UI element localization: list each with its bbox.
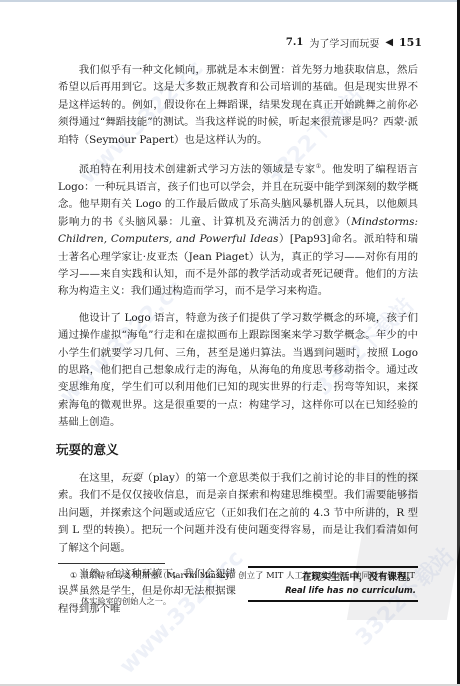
footnote-mark: ①: [70, 570, 78, 580]
paragraph-text: 在这里，: [79, 472, 121, 484]
left-triangle-icon: ◀: [385, 37, 393, 48]
paragraph: 我们似乎有一种文化倾向，那就是本末倒置：首先努力地获取信息，然后希望以后再用到它…: [58, 62, 418, 149]
section-number: 7.1: [286, 37, 303, 48]
running-header: 7.1 为了学习而玩耍 ◀ 151: [286, 35, 422, 50]
paragraph-text: （play）的第一个意思类似于我们之前讨论的非目的性的探索。我们不是仅仅接收信息…: [58, 472, 418, 554]
paragraph-text: 派珀特在利用技术创建新式学习方法的领域是专家: [79, 164, 316, 176]
section-title: 为了学习而玩耍: [309, 35, 379, 50]
footnote: ①派珀特和马文·明斯基（Marvin Minsky）创立了 MIT 人工智能实验…: [70, 569, 415, 608]
section-heading: 玩耍的意义: [56, 441, 418, 458]
footnote-text: 体实验室的创始人之一。: [70, 595, 415, 608]
emphasis-italic: 玩耍: [121, 472, 142, 484]
page-number: 151: [399, 36, 422, 49]
paragraph: 在这里，玩耍（play）的第一个意思类似于我们之前讨论的非目的性的探索。我们不是…: [58, 470, 418, 557]
viewer-top-border: [0, 0, 460, 2]
paragraph: 派珀特在利用技术创建新式学习方法的领域是专家①。他发明了编程语言Logo：一种玩…: [58, 158, 418, 301]
footnote-text: 派珀特和马文·明斯基（Marvin Minsky）创立了 MIT 人工智能实验室…: [70, 570, 415, 593]
footnote-divider: [58, 563, 165, 564]
page-body: 我们似乎有一种文化倾向，那就是本末倒置：首先努力地获取信息，然后希望以后再用到它…: [58, 62, 418, 618]
paragraph: 他设计了 Logo 语言，特意为孩子们提供了学习数学概念的环境，孩子们通过操作虚…: [58, 310, 418, 432]
